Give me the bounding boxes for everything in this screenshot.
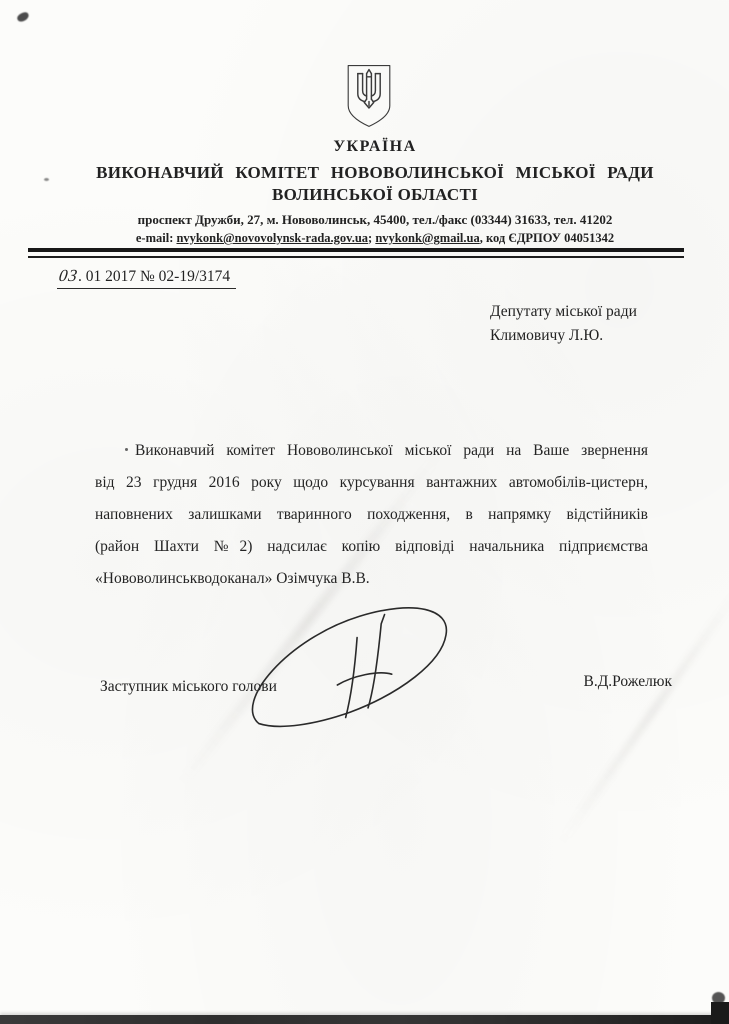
edrpou-code: , код ЄДРПОУ 04051342 <box>480 231 614 245</box>
address-line: проспект Дружби, 27, м. Нововолинськ, 45… <box>30 212 720 228</box>
scan-stray-dot <box>125 448 128 451</box>
organization-name-line2: ВОЛИНСЬКОЇ ОБЛАСТІ <box>30 185 720 205</box>
handwritten-date-day: 03 <box>58 266 80 286</box>
recipient-block: Депутату міської ради Климовичу Л.Ю. <box>490 300 637 348</box>
body-line: Виконавчий комітет Нововолинської місько… <box>95 440 648 472</box>
paper-crease <box>557 580 729 847</box>
handwritten-signature-icon <box>235 596 467 734</box>
recipient-name: Климовичу Л.Ю. <box>490 324 637 348</box>
reference-number-line: 03. 01 2017 № 02-19/3174 <box>57 266 236 289</box>
scan-smudge-top-left <box>16 11 30 23</box>
country-name: УКРАЇНА <box>30 138 720 156</box>
email-address-2: nvykonk@gmail.ua <box>375 231 479 245</box>
email-label: e-mail: <box>136 231 177 245</box>
recipient-title: Депутату міської ради <box>490 300 637 324</box>
scan-scratch-top <box>47 0 76 22</box>
signer-name: В.Д.Рожелюк <box>584 673 673 691</box>
body-line: наповнених залишками тваринного походжен… <box>95 504 648 536</box>
scan-edge-strip <box>0 1015 729 1024</box>
organization-name-line1: ВИКОНАВЧИЙ КОМІТЕТ НОВОВОЛИНСЬКОЇ МІСЬКО… <box>30 163 720 183</box>
contact-line: e-mail: nvykonk@novovolynsk-rada.gov.ua;… <box>30 231 720 246</box>
email-address-1: nvykonk@novovolynsk-rada.gov.ua <box>176 231 368 245</box>
scanned-letter-page: УКРАЇНА ВИКОНАВЧИЙ КОМІТЕТ НОВОВОЛИНСЬКО… <box>0 0 729 1024</box>
body-line: (район Шахти №2) надсилає копію відповід… <box>95 536 648 568</box>
letter-body: Виконавчий комітет Нововолинської місько… <box>95 440 648 600</box>
scan-edge-block <box>711 1002 729 1024</box>
reference-number-typed: . 01 2017 № 02-19/3174 <box>78 268 230 285</box>
body-line: від 23 грудня 2016 року щодо курсування … <box>95 472 648 504</box>
letterhead-divider-rule <box>28 248 684 258</box>
ukraine-trident-emblem-icon <box>345 62 393 130</box>
